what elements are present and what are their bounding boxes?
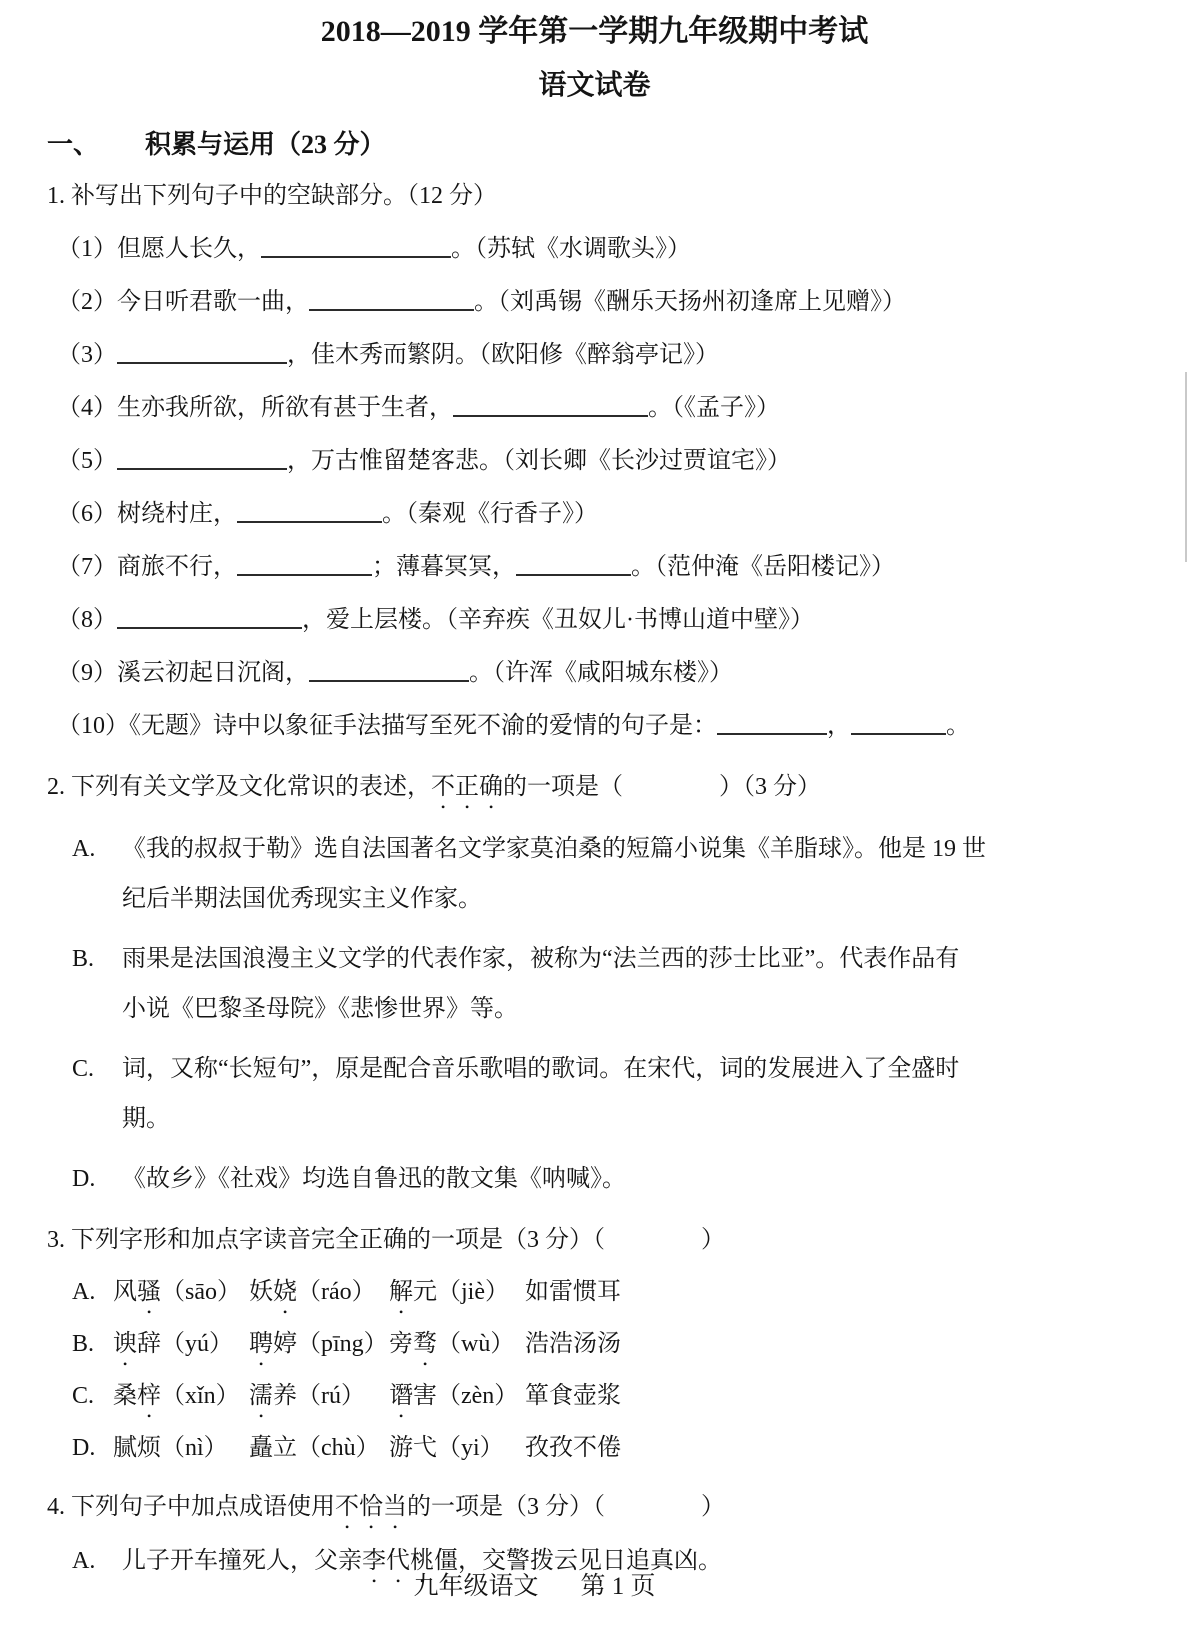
item-text: （1）但愿人长久， — [57, 236, 261, 262]
page-footer: 九年级语文第 1 页 — [0, 1566, 1129, 1602]
q3-option-c: C. 桑梓（xǐn） 濡养（rú） 谮害（zèn） 箪食壶浆 — [0, 1371, 1189, 1423]
exam-paper-page: 2018—2019 学年第一学期九年级期中考试 语文试卷 一、积累与运用（23 … — [0, 0, 1189, 1648]
q2-option-a: A. 《我的叔叔于勒》选自法国著名文学家莫泊桑的短篇小说集《羊脂球》。他是 19… — [0, 824, 1189, 924]
fill-blank-item-3: （3），佳木秀而繁阴。（欧阳修《醉翁亭记》） — [57, 329, 1189, 382]
question-1-stem: 1. 补写出下列句子中的空缺部分。（12 分） — [47, 170, 1189, 223]
answer-blank — [851, 715, 946, 735]
option-label: B. — [72, 1319, 94, 1370]
fill-blank-item-4: （4）生亦我所欲，所欲有甚于生者，。（《孟子》） — [57, 382, 1189, 435]
answer-blank — [717, 715, 827, 735]
fill-blank-item-9: （9）溪云初起日沉阁，。（许浑《咸阳城东楼》） — [57, 647, 1189, 700]
word-item: 矗立（chù） — [249, 1423, 383, 1475]
q3-option-a: A. 风骚（sāo） 妖娆（ráo） 解元（jiè） 如雷惯耳 — [0, 1267, 1189, 1319]
option-text: 词，又称“长短句”，原是配合音乐歌唱的歌词。在宋代，词的发展进入了全盛时 — [122, 1044, 1189, 1094]
option-text: 雨果是法国浪漫主义文学的代表作家，被称为“法兰西的莎士比亚”。代表作品有 — [122, 934, 1189, 984]
fill-blank-item-1: （1）但愿人长久，。（苏轼《水调歌头》） — [57, 223, 1189, 276]
word-item: 解元（jiè） — [389, 1267, 519, 1319]
option-label: B. — [72, 934, 94, 984]
answer-blank — [237, 556, 372, 576]
stem-text: 的一项是（ ）（3 分） — [503, 774, 821, 800]
fill-blank-item-8: （8），爱上层楼。（辛弃疾《丑奴儿·书博山道中壁》） — [57, 594, 1189, 647]
item-source: 。（许浑《咸阳城东楼》） — [469, 660, 733, 686]
doc-title: 2018—2019 学年第一学期九年级期中考试 — [0, 14, 1189, 50]
item-text: ；薄暮冥冥， — [372, 554, 516, 580]
answer-blank — [453, 397, 648, 417]
item-source: 。（刘禹锡《酬乐天扬州初逢席上见赠》） — [474, 289, 906, 315]
item-source: 。（苏轼《水调歌头》） — [451, 236, 691, 262]
option-label: A. — [72, 824, 95, 874]
word-item: 濡养（rú） — [249, 1371, 383, 1423]
q3-option-d: D. 腻烦（nì） 矗立（chù） 游弋（yi） 孜孜不倦 — [0, 1423, 1189, 1475]
answer-blank — [516, 556, 631, 576]
question-4-stem: 4. 下列句子中加点成语使用不恰当的一项是（3 分）（ ） — [47, 1481, 1189, 1534]
question-2-stem: 2. 下列有关文学及文化常识的表述，不正确的一项是（ ）（3 分） — [47, 761, 1189, 814]
stem-text: 4. 下列句子中加点成语使用 — [47, 1494, 335, 1520]
stem-emphasized-text: 不正确 — [431, 774, 503, 800]
section-title: 积累与运用（23 分） — [145, 130, 386, 159]
stem-text: 的一项是（3 分）（ ） — [407, 1494, 725, 1520]
word-item: 谮害（zèn） — [389, 1371, 519, 1423]
word-item: 桑梓（xǐn） — [113, 1371, 243, 1423]
fill-blank-item-6: （6）树绕村庄，。（秦观《行香子》） — [57, 488, 1189, 541]
word-item: 聘婷（pīng） — [249, 1319, 383, 1371]
word-item: 旁骛（wù） — [389, 1319, 519, 1371]
answer-blank — [117, 344, 287, 364]
answer-blank — [309, 662, 469, 682]
answer-blank — [117, 450, 287, 470]
doc-subtitle: 语文试卷 — [0, 68, 1189, 104]
option-label: A. — [72, 1267, 95, 1318]
option-text: 纪后半期法国优秀现实主义作家。 — [122, 874, 1189, 924]
scan-artifact-line — [1185, 372, 1187, 562]
word-item: 腻烦（nì） — [113, 1423, 243, 1475]
option-label: D. — [72, 1423, 95, 1474]
item-text: （9）溪云初起日沉阁， — [57, 660, 309, 686]
q3-option-b: B. 谀辞（yú） 聘婷（pīng） 旁骛（wù） 浩浩汤汤 — [0, 1319, 1189, 1371]
q2-option-d: D. 《故乡》《社戏》均选自鲁迅的散文集《呐喊》。 — [0, 1154, 1189, 1204]
option-label: D. — [72, 1154, 95, 1204]
fill-blank-item-5: （5），万古惟留楚客悲。（刘长卿《长沙过贾谊宅》） — [57, 435, 1189, 488]
section-heading: 一、积累与运用（23 分） — [47, 128, 1189, 162]
word-item: 妖娆（ráo） — [249, 1267, 383, 1319]
option-text: 《故乡》《社戏》均选自鲁迅的散文集《呐喊》。 — [122, 1154, 1189, 1204]
item-text: 。 — [946, 713, 970, 739]
item-source: ，万古惟留楚客悲。（刘长卿《长沙过贾谊宅》） — [287, 448, 791, 474]
item-text: （5） — [57, 448, 117, 474]
item-source: 。（《孟子》） — [648, 395, 780, 421]
fill-blank-item-7: （7）商旅不行，；薄暮冥冥，。（范仲淹《岳阳楼记》） — [57, 541, 1189, 594]
option-text: 期。 — [122, 1094, 1189, 1144]
q2-option-b: B. 雨果是法国浪漫主义文学的代表作家，被称为“法兰西的莎士比亚”。代表作品有 … — [0, 934, 1189, 1034]
word-item: 谀辞（yú） — [113, 1319, 243, 1371]
answer-blank — [309, 291, 474, 311]
footer-page-number: 第 1 页 — [581, 1573, 656, 1600]
item-text: （10）《无题》诗中以象征手法描写至死不渝的爱情的句子是： — [57, 713, 717, 739]
word-item: 游弋（yi） — [389, 1423, 519, 1475]
footer-course: 九年级语文 — [413, 1573, 538, 1600]
word-item: 如雷惯耳 — [525, 1267, 621, 1318]
answer-blank — [237, 503, 382, 523]
option-label: C. — [72, 1371, 94, 1422]
stem-text: 2. 下列有关文学及文化常识的表述， — [47, 774, 431, 800]
item-text: （7）商旅不行， — [57, 554, 237, 580]
item-text: （4）生亦我所欲，所欲有甚于生者， — [57, 395, 453, 421]
word-item: 浩浩汤汤 — [525, 1319, 621, 1370]
option-label: C. — [72, 1044, 94, 1094]
item-text: （2）今日听君歌一曲， — [57, 289, 309, 315]
option-text: 小说《巴黎圣母院》《悲惨世界》等。 — [122, 984, 1189, 1034]
word-item: 箪食壶浆 — [525, 1371, 621, 1422]
answer-blank — [117, 609, 302, 629]
word-item: 风骚（sāo） — [113, 1267, 243, 1319]
item-text: （6）树绕村庄， — [57, 501, 237, 527]
item-text: （3） — [57, 342, 117, 368]
item-source: 。（范仲淹《岳阳楼记》） — [631, 554, 895, 580]
q2-option-c: C. 词，又称“长短句”，原是配合音乐歌唱的歌词。在宋代，词的发展进入了全盛时 … — [0, 1044, 1189, 1144]
fill-blank-item-2: （2）今日听君歌一曲，。（刘禹锡《酬乐天扬州初逢席上见赠》） — [57, 276, 1189, 329]
item-source: ，爱上层楼。（辛弃疾《丑奴儿·书博山道中壁》） — [302, 607, 814, 633]
fill-blank-item-10: （10）《无题》诗中以象征手法描写至死不渝的爱情的句子是：，。 — [57, 700, 1189, 753]
item-source: 。（秦观《行香子》） — [382, 501, 598, 527]
word-item: 孜孜不倦 — [525, 1423, 621, 1474]
item-text: （8） — [57, 607, 117, 633]
section-number: 一、 — [47, 130, 99, 159]
stem-emphasized-text: 不恰当 — [335, 1494, 407, 1520]
option-text: 《我的叔叔于勒》选自法国著名文学家莫泊桑的短篇小说集《羊脂球》。他是 19 世 — [122, 824, 1189, 874]
answer-blank — [261, 238, 451, 258]
question-3-stem: 3. 下列字形和加点字读音完全正确的一项是（3 分）（ ） — [47, 1214, 1189, 1267]
item-text: ， — [827, 713, 851, 739]
item-source: ，佳木秀而繁阴。（欧阳修《醉翁亭记》） — [287, 342, 719, 368]
